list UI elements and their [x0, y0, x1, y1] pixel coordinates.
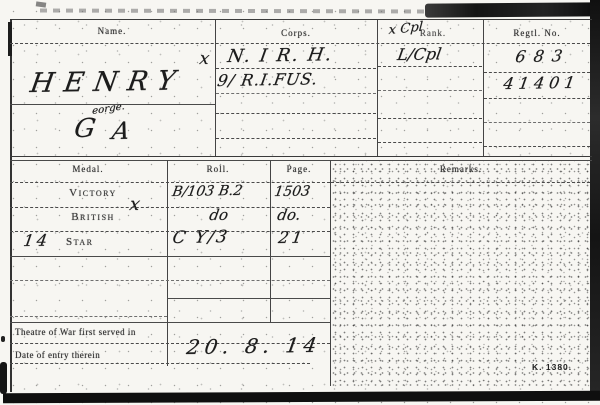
surname-handwritten: HENRY — [28, 65, 188, 99]
rule-under-date — [10, 363, 310, 364]
corps-column-header: Corps. — [281, 28, 311, 38]
card-top-border — [10, 19, 592, 20]
rule-regtl-4 — [484, 146, 590, 147]
rule-above-theatre — [10, 322, 330, 323]
rule-row-star — [10, 256, 330, 257]
name-column-header: Name. — [98, 26, 127, 36]
page-column-header: Page. — [287, 164, 312, 174]
rule-row-victory — [10, 207, 330, 208]
section-divider-upper — [10, 156, 592, 157]
rule-medal-col-lower — [10, 316, 167, 317]
rule-under-medal-headers — [10, 182, 330, 183]
remarks-header: Remarks. — [440, 164, 482, 174]
rule-corps-3 — [216, 113, 376, 114]
rule-rank-4 — [378, 142, 482, 143]
rule-corps-4 — [216, 138, 376, 139]
victory-page-handwritten: 1503 — [273, 183, 311, 200]
scan-blob-bottom-left — [0, 362, 7, 394]
theatre-of-war-label: Theatre of War first served in — [15, 327, 136, 337]
card-left-corner-thick — [8, 22, 12, 56]
rule-row-british — [10, 231, 330, 232]
medal-row-star-label: Star — [66, 236, 93, 248]
form-number-stamp: K. 1380. — [532, 362, 572, 372]
medal-row-british-label: British — [71, 211, 115, 223]
scan-dot-left — [1, 336, 5, 342]
rule-regtl-3 — [484, 122, 590, 123]
corps-line2-handwritten: 9/ R.I.FUS. — [216, 69, 320, 90]
scan-smudge-top-right — [425, 2, 595, 17]
rule-row-empty2 — [167, 298, 330, 299]
rule-corps-2 — [216, 93, 376, 94]
remarks-area — [331, 161, 589, 386]
date-of-entry-label: Date of entry therein — [15, 350, 100, 360]
corps-line1-handwritten: N. I R. H. — [226, 44, 335, 67]
divider-medal-roll — [167, 160, 168, 366]
rule-rank-1 — [378, 66, 482, 67]
rank-value-handwritten: L/Cpl — [396, 44, 443, 64]
rule-rank-2 — [378, 90, 482, 91]
star-prefix-handwritten: 14 — [22, 231, 51, 250]
rule-row-empty1 — [10, 280, 330, 281]
date-of-entry-handwritten: 20. 8. 14 — [185, 333, 323, 359]
regtl-no-1-handwritten: 683 — [514, 46, 572, 66]
divider-rank-regtl — [483, 20, 484, 157]
rule-regtl-2 — [484, 98, 590, 99]
scan-band-right — [590, 0, 600, 394]
rank-column-header: Rank. — [420, 28, 446, 38]
rule-rank-3 — [378, 118, 482, 119]
british-page-handwritten: do. — [276, 206, 302, 224]
regtl-no-column-header: Regtl. No. — [513, 28, 560, 38]
roll-column-header: Roll. — [207, 164, 230, 174]
regtl-no-2-handwritten: 41401 — [502, 73, 581, 93]
victory-roll-handwritten: B/103 B.2 — [171, 183, 244, 200]
british-roll-handwritten: do — [208, 206, 230, 224]
medal-row-victory-label: Victory — [69, 187, 117, 199]
medal-column-header: Medal. — [72, 164, 103, 174]
rule-under-remarks-header — [331, 182, 590, 183]
divider-corps-rank — [377, 20, 378, 157]
card-left-border — [10, 19, 12, 392]
